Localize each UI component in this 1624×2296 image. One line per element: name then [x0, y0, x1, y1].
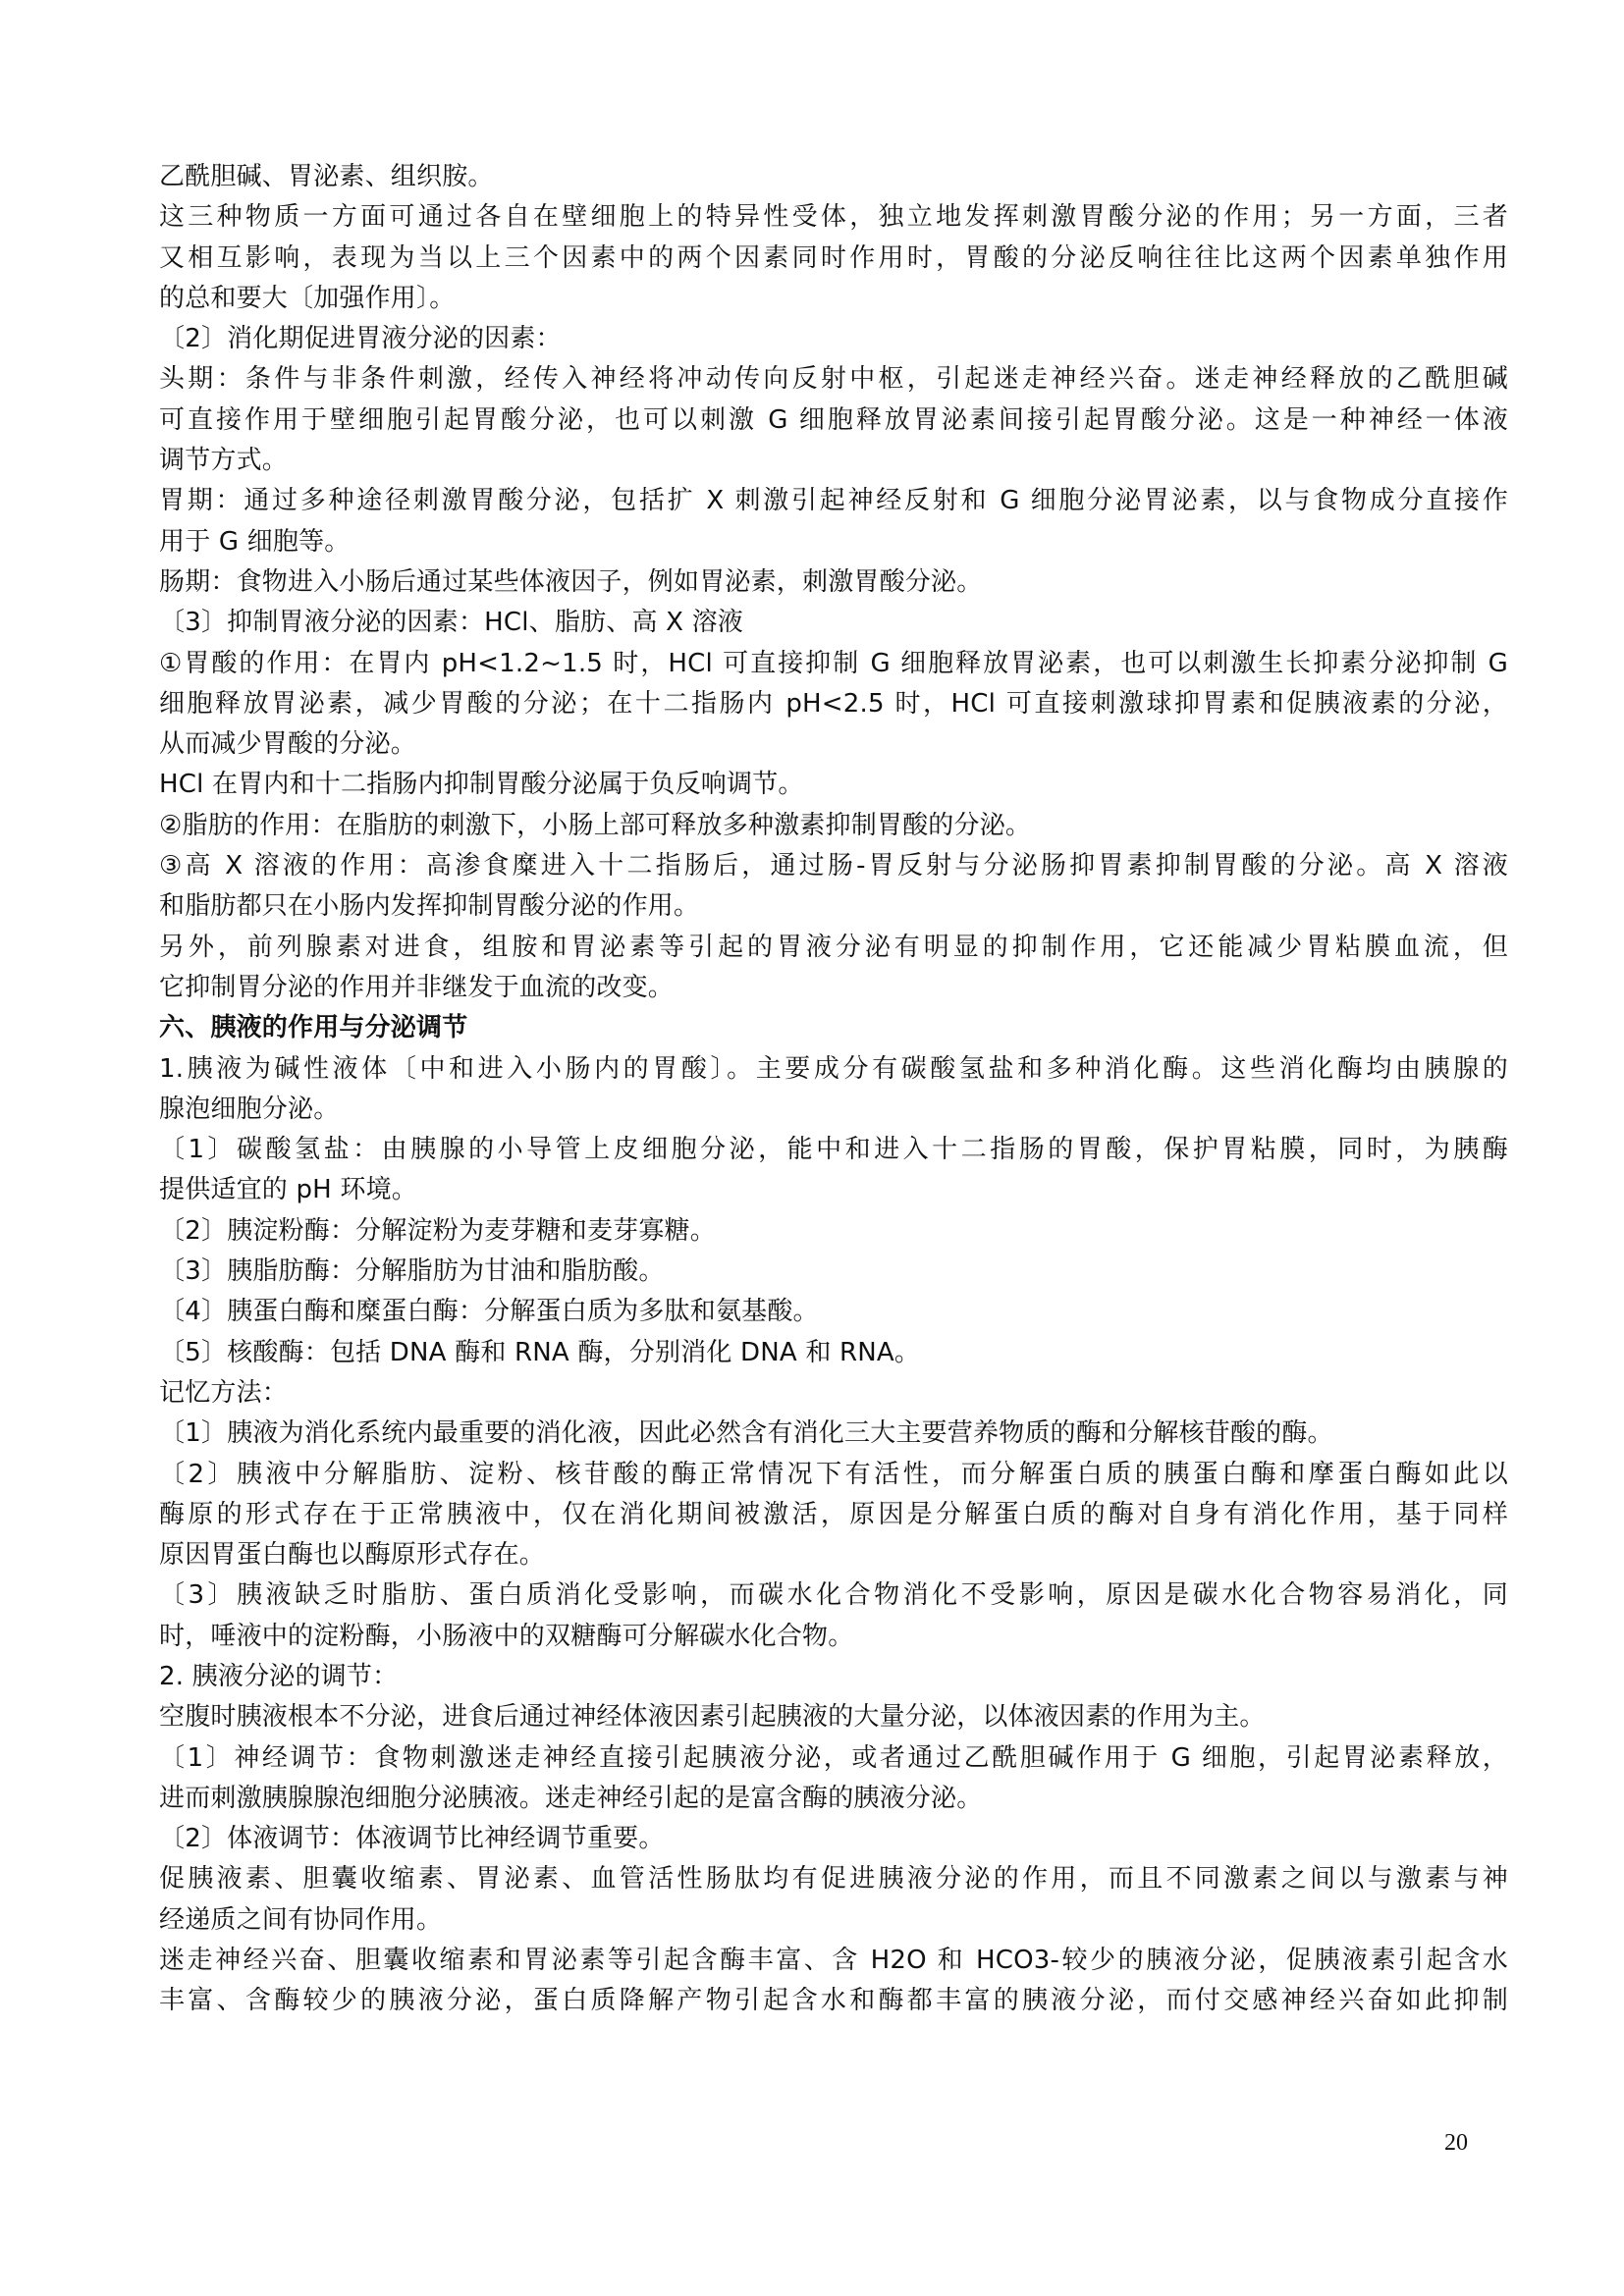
text-line: 它抑制胃分泌的作用并非继发于血流的改变。 — [159, 968, 1508, 1008]
text-line: 〔1〕胰液为消化系统内最重要的消化液，因此必然含有消化三大主要营养物质的酶和分解… — [159, 1414, 1508, 1454]
text-line: ③高 X 溶液的作用：高渗食糜进入十二指肠后，通过肠-胃反射与分泌肠抑胃素抑制胃… — [159, 846, 1508, 886]
document-body: 乙酰胆碱、胃泌素、组织胺。这三种物质一方面可通过各自在壁细胞上的特异性受体，独立… — [159, 157, 1508, 2022]
text-line: 迷走神经兴奋、胆囊收缩素和胃泌素等引起含酶丰富、含 H2O 和 HCO3-较少的… — [159, 1941, 1508, 1981]
text-line: 可直接作用于壁细胞引起胃酸分泌，也可以刺激 G 细胞释放胃泌素间接引起胃酸分泌。… — [159, 400, 1508, 441]
text-line: 头期：条件与非条件刺激，经传入神经将冲动传向反射中枢，引起迷走神经兴奋。迷走神经… — [159, 359, 1508, 400]
text-line: 又相互影响，表现为当以上三个因素中的两个因素同时作用时，胃酸的分泌反响往往比这两… — [159, 239, 1508, 279]
text-line: 细胞释放胃泌素，减少胃酸的分泌；在十二指肠内 pH<2.5 时，HCl 可直接刺… — [159, 684, 1508, 724]
text-line: 从而减少胃酸的分泌。 — [159, 724, 1508, 765]
section-heading: 六、胰液的作用与分泌调节 — [159, 1008, 1508, 1048]
text-line: 〔2〕体液调节：体液调节比神经调节重要。 — [159, 1819, 1508, 1859]
text-line: 〔3〕胰脂肪酶：分解脂肪为甘油和脂肪酸。 — [159, 1252, 1508, 1292]
text-line: 〔1〕碳酸氢盐：由胰腺的小导管上皮细胞分泌，能中和进入十二指肠的胃酸，保护胃粘膜… — [159, 1130, 1508, 1170]
text-line: 〔2〕胰液中分解脂肪、淀粉、核苷酸的酶正常情况下有活性，而分解蛋白质的胰蛋白酶和… — [159, 1455, 1508, 1495]
text-line: 进而刺激胰腺腺泡细胞分泌胰液。迷走神经引起的是富含酶的胰液分泌。 — [159, 1779, 1508, 1819]
text-line: 调节方式。 — [159, 441, 1508, 481]
text-line: 〔4〕胰蛋白酶和糜蛋白酶：分解蛋白质为多肽和氨基酸。 — [159, 1292, 1508, 1332]
page-number: 20 — [1444, 2130, 1468, 2157]
text-line: 原因胃蛋白酶也以酶原形式存在。 — [159, 1535, 1508, 1575]
text-line: ②脂肪的作用：在脂肪的刺激下，小肠上部可释放多种激素抑制胃酸的分泌。 — [159, 806, 1508, 846]
text-line: 2. 胰液分泌的调节： — [159, 1657, 1508, 1697]
text-line: 提供适宜的 pH 环境。 — [159, 1170, 1508, 1210]
text-line: HCl 在胃内和十二指肠内抑制胃酸分泌属于负反响调节。 — [159, 765, 1508, 805]
text-line: 丰富、含酶较少的胰液分泌，蛋白质降解产物引起含水和酶都丰富的胰液分泌，而付交感神… — [159, 1981, 1508, 2021]
text-line: 的总和要大〔加强作用〕。 — [159, 279, 1508, 319]
text-line: 〔2〕消化期促进胃液分泌的因素： — [159, 319, 1508, 359]
text-line: 胃期：通过多种途径刺激胃酸分泌，包括扩 X 刺激引起神经反射和 G 细胞分泌胃泌… — [159, 481, 1508, 521]
text-line: 酶原的形式存在于正常胰液中，仅在消化期间被激活，原因是分解蛋白质的酶对自身有消化… — [159, 1495, 1508, 1535]
text-line: 〔1〕神经调节：食物刺激迷走神经直接引起胰液分泌，或者通过乙酰胆碱作用于 G 细… — [159, 1738, 1508, 1779]
text-line: 肠期：食物进入小肠后通过某些体液因子，例如胃泌素，刺激胃酸分泌。 — [159, 562, 1508, 603]
text-line: 1.胰液为碱性液体〔中和进入小肠内的胃酸〕。主要成分有碳酸氢盐和多种消化酶。这些… — [159, 1049, 1508, 1090]
text-line: 〔2〕胰淀粉酶：分解淀粉为麦芽糖和麦芽寡糖。 — [159, 1211, 1508, 1252]
text-line: 时，唾液中的淀粉酶，小肠液中的双糖酶可分解碳水化合物。 — [159, 1617, 1508, 1657]
text-line: 空腹时胰液根本不分泌，进食后通过神经体液因素引起胰液的大量分泌，以体液因素的作用… — [159, 1697, 1508, 1737]
text-line: 促胰液素、胆囊收缩素、胃泌素、血管活性肠肽均有促进胰液分泌的作用，而且不同激素之… — [159, 1859, 1508, 1899]
text-line: 经递质之间有协同作用。 — [159, 1900, 1508, 1941]
text-line: 腺泡细胞分泌。 — [159, 1090, 1508, 1130]
text-line: 这三种物质一方面可通过各自在壁细胞上的特异性受体，独立地发挥刺激胃酸分泌的作用；… — [159, 197, 1508, 238]
text-line: ①胃酸的作用：在胃内 pH<1.2~1.5 时，HCl 可直接抑制 G 细胞释放… — [159, 644, 1508, 684]
text-line: 〔5〕核酸酶：包括 DNA 酶和 RNA 酶，分别消化 DNA 和 RNA。 — [159, 1333, 1508, 1373]
text-line: 和脂肪都只在小肠内发挥抑制胃酸分泌的作用。 — [159, 886, 1508, 927]
text-line: 〔3〕胰液缺乏时脂肪、蛋白质消化受影响，而碳水化合物消化不受影响，原因是碳水化合… — [159, 1575, 1508, 1616]
text-line: 另外，前列腺素对进食，组胺和胃泌素等引起的胃液分泌有明显的抑制作用，它还能减少胃… — [159, 928, 1508, 968]
text-line: 〔3〕抑制胃液分泌的因素：HCl、脂肪、高 X 溶液 — [159, 603, 1508, 643]
text-line: 用于 G 细胞等。 — [159, 522, 1508, 562]
text-line: 记忆方法： — [159, 1373, 1508, 1414]
text-line: 乙酰胆碱、胃泌素、组织胺。 — [159, 157, 1508, 197]
